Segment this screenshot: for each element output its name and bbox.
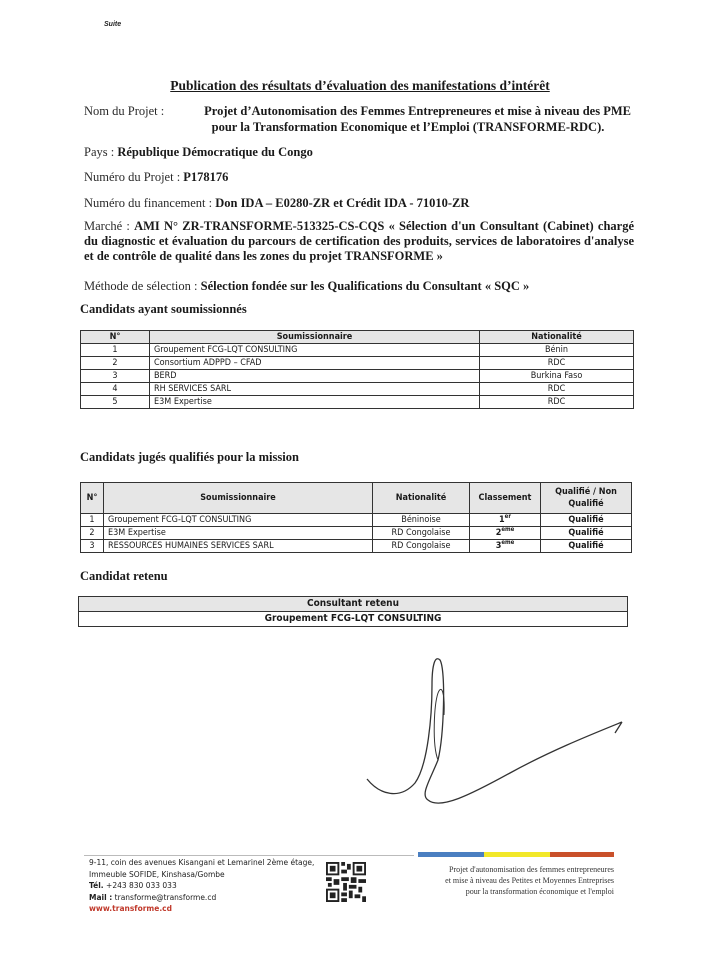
retained-heading: Candidat retenu xyxy=(80,569,168,584)
footer-address: 9-11, coin des avenues Kisangani et Lema… xyxy=(89,857,314,915)
col-nationality: Nationalité xyxy=(373,483,470,514)
mail-value[interactable]: transforme@transforme.cd xyxy=(115,893,217,902)
project-number-value: P178176 xyxy=(183,170,228,184)
cell-number: 5 xyxy=(81,396,150,409)
table-row: 4RH SERVICES SARLRDC xyxy=(81,383,634,396)
submitted-heading: Candidats ayant soumissionnés xyxy=(80,302,247,317)
continuation-label: Suite xyxy=(104,21,121,28)
market-value: AMI N° ZR-TRANSFORME-513325-CS-CQS « Sél… xyxy=(84,219,634,263)
selection-method-label: Méthode de sélection : xyxy=(84,279,198,293)
qualified-table: N° Soumissionnaire Nationalité Classemen… xyxy=(80,482,632,553)
col-bidder: Soumissionnaire xyxy=(104,483,373,514)
cell-bidder: E3M Expertise xyxy=(104,527,373,540)
financing-value: Don IDA – E0280-ZR et Crédit IDA - 71010… xyxy=(215,196,469,210)
cell-nationality: RD Congolaise xyxy=(373,527,470,540)
table-row: Groupement FCG-LQT CONSULTING xyxy=(79,612,628,627)
website-link[interactable]: www.transforme.cd xyxy=(89,903,314,915)
mail: Mail : transforme@transforme.cd xyxy=(89,892,314,904)
footer-divider xyxy=(84,855,414,856)
cell-bidder: BERD xyxy=(150,370,480,383)
cell-bidder: Groupement FCG-LQT CONSULTING xyxy=(104,514,373,527)
project-name-field: Nom du Projet :Projet d’Autonomisation d… xyxy=(84,104,640,135)
table-row: 3RESSOURCES HUMAINES SERVICES SARLRD Con… xyxy=(81,540,632,553)
address-line2: Immeuble SOFIDE, Kinshasa/Gombe xyxy=(89,869,314,881)
col-number: N° xyxy=(81,331,150,344)
project-name-line2: pour la Transformation Economique et l’E… xyxy=(176,120,640,136)
table-row: 5E3M ExpertiseRDC xyxy=(81,396,634,409)
cell-bidder: RH SERVICES SARL xyxy=(150,383,480,396)
country-field: Pays : République Démocratique du Congo xyxy=(84,145,313,160)
project-desc-line2: et mise à niveau des Petites et Moyennes… xyxy=(398,875,614,886)
cell-number: 1 xyxy=(81,514,104,527)
project-name-label: Nom du Projet : xyxy=(84,104,176,120)
cell-status: Qualifié xyxy=(541,527,632,540)
market-field: Marché : AMI N° ZR-TRANSFORME-513325-CS-… xyxy=(84,219,634,264)
signature xyxy=(360,655,630,815)
cell-rank: 1er xyxy=(470,514,541,527)
rank-suffix: er xyxy=(505,513,511,520)
table-row: 3BERDBurkina Faso xyxy=(81,370,634,383)
country-label: Pays : xyxy=(84,145,114,159)
retained-table: Consultant retenu Groupement FCG-LQT CON… xyxy=(78,596,628,627)
footer-project-description: Projet d'autonomisation des femmes entre… xyxy=(398,864,614,897)
financing-label: Numéro du financement : xyxy=(84,196,212,210)
address-line1: 9-11, coin des avenues Kisangani et Lema… xyxy=(89,857,314,869)
cell-number: 3 xyxy=(81,370,150,383)
cell-rank: 2ème xyxy=(470,527,541,540)
cell-number: 1 xyxy=(81,344,150,357)
cell-rank: 3ème xyxy=(470,540,541,553)
cell-status: Qualifié xyxy=(541,540,632,553)
country-value: République Démocratique du Congo xyxy=(117,145,313,159)
cell-nationality: RDC xyxy=(480,396,634,409)
phone: Tél. +243 830 033 033 xyxy=(89,880,314,892)
cell-bidder: RESSOURCES HUMAINES SERVICES SARL xyxy=(104,540,373,553)
project-name-line1: Projet d’Autonomisation des Femmes Entre… xyxy=(176,104,631,120)
selection-method-field: Méthode de sélection : Sélection fondée … xyxy=(84,279,529,294)
cell-nationality: RDC xyxy=(480,357,634,370)
cell-number: 2 xyxy=(81,357,150,370)
table-header-row: N° Soumissionnaire Nationalité xyxy=(81,331,634,344)
rank-suffix: ème xyxy=(501,526,514,533)
cell-bidder: E3M Expertise xyxy=(150,396,480,409)
phone-label: Tél. xyxy=(89,881,104,890)
cell-nationality: Burkina Faso xyxy=(480,370,634,383)
cell-number: 3 xyxy=(81,540,104,553)
col-number: N° xyxy=(81,483,104,514)
retained-consultant-value: Groupement FCG-LQT CONSULTING xyxy=(79,612,628,627)
flag-bar-red xyxy=(550,852,614,857)
table-header-row: Consultant retenu xyxy=(79,597,628,612)
cell-bidder: Consortium ADPPD – CFAD xyxy=(150,357,480,370)
financing-field: Numéro du financement : Don IDA – E0280-… xyxy=(84,196,469,211)
cell-number: 4 xyxy=(81,383,150,396)
cell-bidder: Groupement FCG-LQT CONSULTING xyxy=(150,344,480,357)
project-number-label: Numéro du Projet : xyxy=(84,170,180,184)
flag-bar-yellow xyxy=(484,852,550,857)
table-row: 1Groupement FCG-LQT CONSULTINGBéninoise1… xyxy=(81,514,632,527)
col-bidder: Soumissionnaire xyxy=(150,331,480,344)
qr-code-icon xyxy=(326,862,366,902)
table-row: 2E3M ExpertiseRD Congolaise2èmeQualifié xyxy=(81,527,632,540)
col-nationality: Nationalité xyxy=(480,331,634,344)
selection-method-value: Sélection fondée sur les Qualifications … xyxy=(201,279,530,293)
table-row: 1Groupement FCG-LQT CONSULTINGBénin xyxy=(81,344,634,357)
table-header-row: N° Soumissionnaire Nationalité Classemen… xyxy=(81,483,632,514)
col-retained-consultant: Consultant retenu xyxy=(79,597,628,612)
phone-value: +243 830 033 033 xyxy=(106,881,177,890)
flag-bar-blue xyxy=(418,852,484,857)
col-status: Qualifié / Non Qualifié xyxy=(541,483,632,514)
mail-label: Mail : xyxy=(89,893,112,902)
table-row: 2Consortium ADPPD – CFADRDC xyxy=(81,357,634,370)
document-title: Publication des résultats d’évaluation d… xyxy=(0,78,720,94)
project-desc-line1: Projet d'autonomisation des femmes entre… xyxy=(398,864,614,875)
cell-nationality: Bénin xyxy=(480,344,634,357)
cell-nationality: RDC xyxy=(480,383,634,396)
col-rank: Classement xyxy=(470,483,541,514)
cell-nationality: Béninoise xyxy=(373,514,470,527)
submitted-table: N° Soumissionnaire Nationalité 1Groupeme… xyxy=(80,330,634,409)
cell-nationality: RD Congolaise xyxy=(373,540,470,553)
rank-suffix: ème xyxy=(501,539,514,546)
project-number-field: Numéro du Projet : P178176 xyxy=(84,170,228,185)
market-label: Marché : xyxy=(84,219,130,233)
qualified-heading: Candidats jugés qualifiés pour la missio… xyxy=(80,450,299,465)
cell-status: Qualifié xyxy=(541,514,632,527)
cell-number: 2 xyxy=(81,527,104,540)
project-desc-line3: pour la transformation économique et l'e… xyxy=(398,886,614,897)
